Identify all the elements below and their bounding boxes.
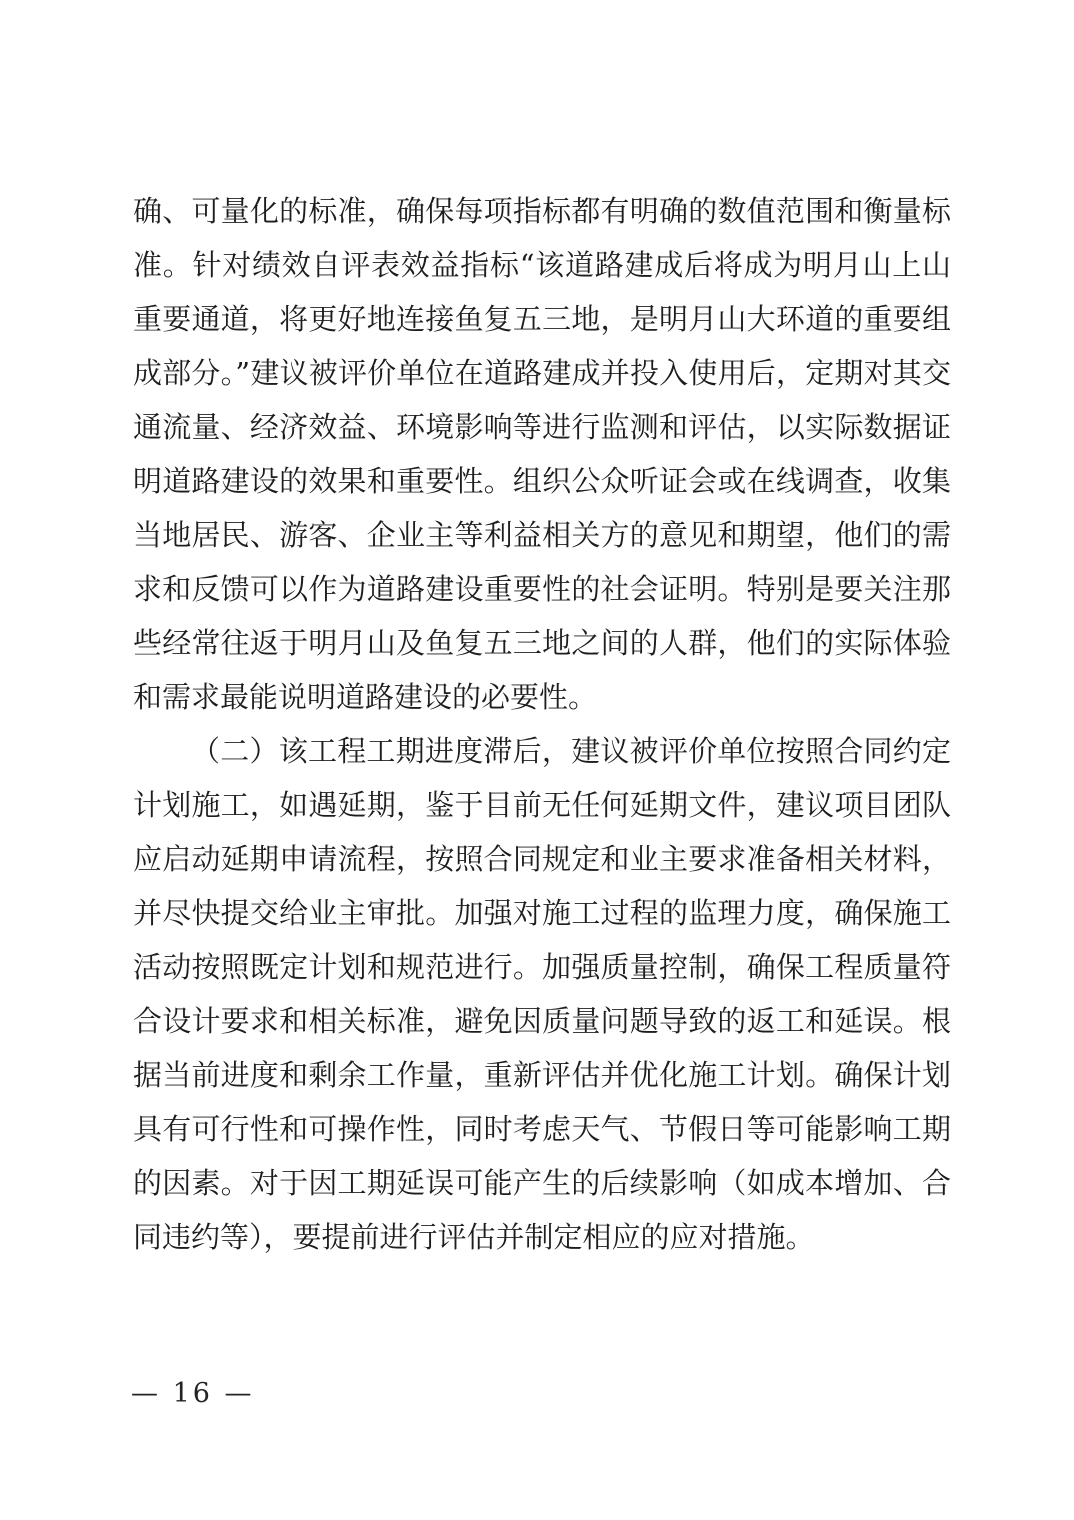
- text-line: 求和反馈可以作为道路建设重要性的社会证明。特别是要关注那: [133, 562, 951, 616]
- text-line: 明道路建设的效果和重要性。组织公众听证会或在线调查，收集: [133, 454, 951, 508]
- text-line: 并尽快提交给业主审批。加强对施工过程的监理力度，确保施工: [133, 886, 951, 940]
- text-line: 重要通道，将更好地连接鱼复五三地，是明月山大环道的重要组: [133, 292, 951, 346]
- text-line: 计划施工，如遇延期，鉴于目前无任何延期文件，建议项目团队: [133, 778, 951, 832]
- text-line: 些经常往返于明月山及鱼复五三地之间的人群，他们的实际体验: [133, 616, 951, 670]
- text-line: 同违约等），要提前进行评估并制定相应的应对措施。: [133, 1210, 951, 1264]
- text-line: 活动按照既定计划和规范进行。加强质量控制，确保工程质量符: [133, 940, 951, 994]
- text-line: （二）该工程工期进度滞后，建议被评价单位按照合同约定: [133, 724, 951, 778]
- text-line: 成部分。”建议被评价单位在道路建成并投入使用后，定期对其交: [133, 346, 951, 400]
- text-line: 具有可行性和可操作性，同时考虑天气、节假日等可能影响工期: [133, 1102, 951, 1156]
- text-line: 应启动延期申请流程，按照合同规定和业主要求准备相关材料，: [133, 832, 951, 886]
- text-line: 的因素。对于因工期延误可能产生的后续影响（如成本增加、合: [133, 1156, 951, 1210]
- document-body: 确、可量化的标准，确保每项指标都有明确的数值范围和衡量标准。针对绩效自评表效益指…: [133, 184, 951, 1264]
- text-line: 当地居民、游客、企业主等利益相关方的意见和期望，他们的需: [133, 508, 951, 562]
- text-line: 通流量、经济效益、环境影响等进行监测和评估，以实际数据证: [133, 400, 951, 454]
- text-line: 据当前进度和剩余工作量，重新评估并优化施工计划。确保计划: [133, 1048, 951, 1102]
- text-line: 准。针对绩效自评表效益指标“该道路建成后将成为明月山上山的: [133, 238, 951, 292]
- page-number: — 16 —: [131, 1374, 255, 1414]
- text-line: 合设计要求和相关标准，避免因质量问题导致的返工和延误。根: [133, 994, 951, 1048]
- document-page: 确、可量化的标准，确保每项指标都有明确的数值范围和衡量标准。针对绩效自评表效益指…: [0, 0, 1074, 1520]
- text-line: 确、可量化的标准，确保每项指标都有明确的数值范围和衡量标: [133, 184, 951, 238]
- text-line: 和需求最能说明道路建设的必要性。: [133, 670, 951, 724]
